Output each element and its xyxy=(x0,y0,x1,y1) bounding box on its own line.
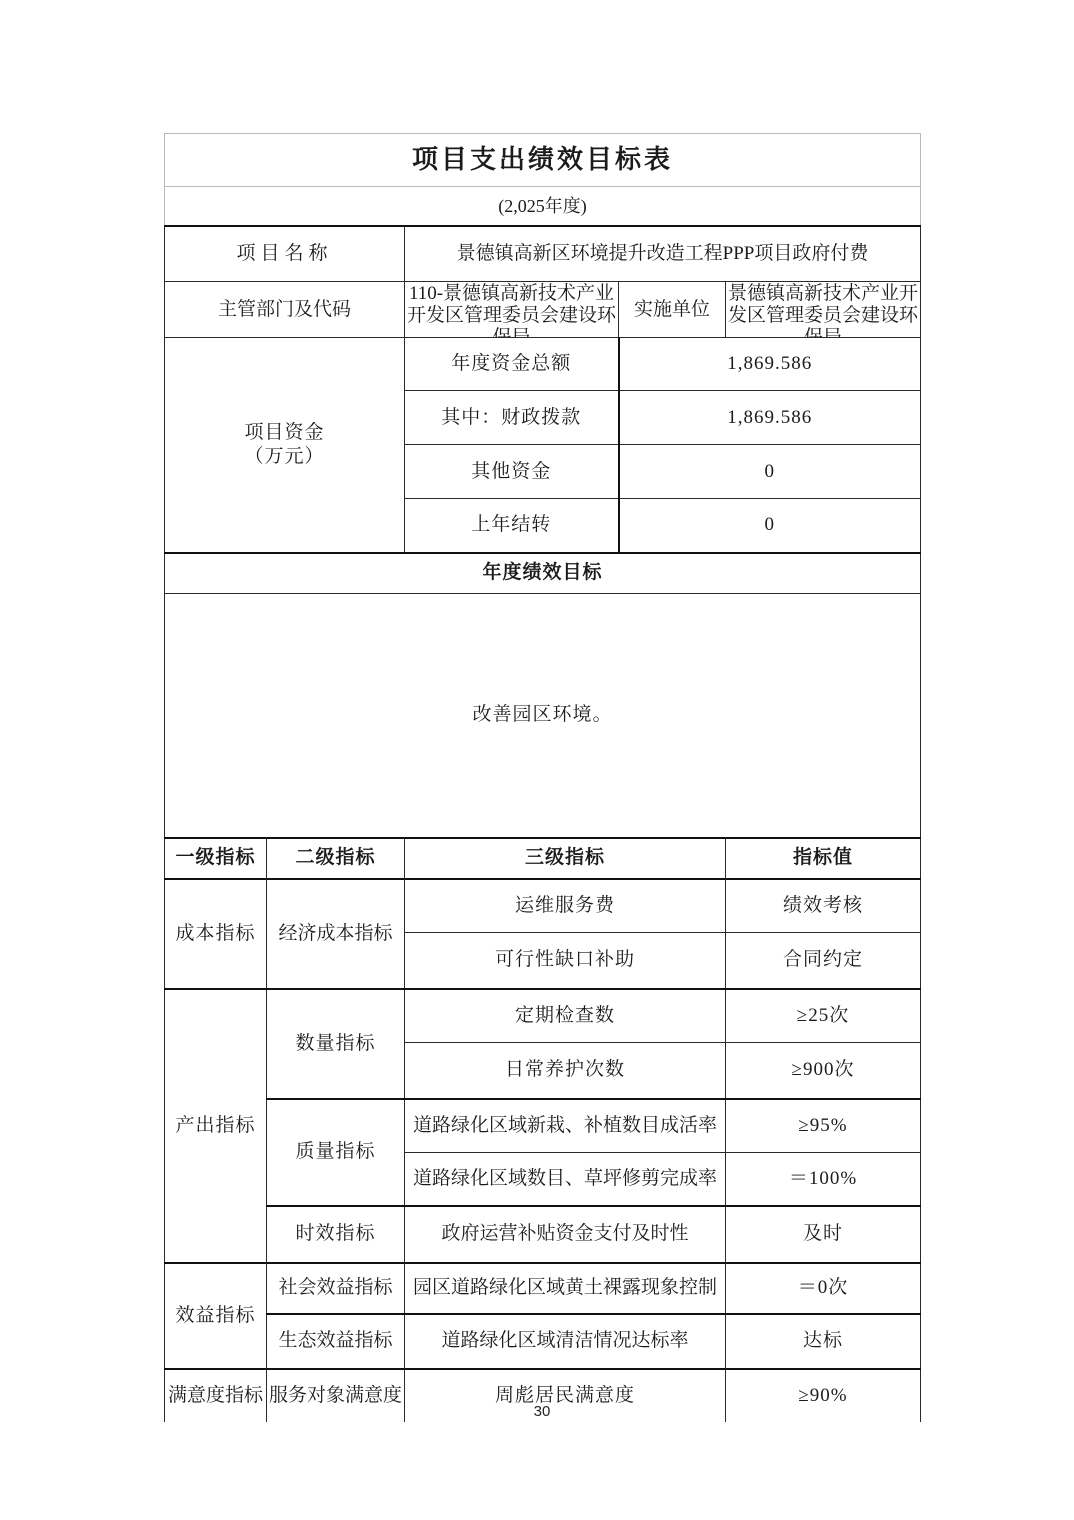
dept-code-value: 110-景德镇高新技术产业开发区管理委员会建设环保局 xyxy=(405,282,619,338)
annual-goal-text: 改善园区环境。 xyxy=(165,594,921,838)
indicator-value: 达标 xyxy=(726,1314,921,1369)
indicator-value: ＝100% xyxy=(726,1153,921,1206)
indicator-name: 日常养护次数 xyxy=(405,1043,726,1099)
indicator-value: ≥900次 xyxy=(726,1043,921,1099)
funding-row-value: 1,869.586 xyxy=(619,338,921,391)
header-level2: 二级指标 xyxy=(267,838,405,879)
header-level3: 三级指标 xyxy=(405,838,726,879)
funding-row: 项目资金 （万元） 年度资金总额 1,869.586 xyxy=(165,338,921,391)
page-subtitle: (2,025年度) xyxy=(165,187,921,226)
indicator-name: 道路绿化区域新栽、补植数目成活率 xyxy=(405,1099,726,1153)
funding-section-label: 项目资金 （万元） xyxy=(165,338,405,553)
funding-label-line2: （万元） xyxy=(167,445,402,469)
indicator-name: 园区道路绿化区域黄土裸露现象控制 xyxy=(405,1263,726,1314)
indicator-header-row: 一级指标 二级指标 三级指标 指标值 xyxy=(165,838,921,879)
project-name-row: 项目名称 景德镇高新区环境提升改造工程PPP项目政府付费 xyxy=(165,226,921,282)
indicator-value: ≥95% xyxy=(726,1099,921,1153)
indicator-value: ＝0次 xyxy=(726,1263,921,1314)
project-name-label: 项目名称 xyxy=(165,226,405,282)
performance-target-table: 项目支出绩效目标表 (2,025年度) 项目名称 景德镇高新区环境提升改造工程P… xyxy=(164,133,921,1422)
impl-unit-value: 景德镇高新技术产业开发区管理委员会建设环保局 xyxy=(726,282,921,338)
funding-row-label: 其中：财政拨款 xyxy=(405,391,619,445)
indicator-row: 成本指标 经济成本指标 运维服务费 绩效考核 xyxy=(165,879,921,933)
annual-goal-header-row: 年度绩效目标 xyxy=(165,553,921,594)
header-value: 指标值 xyxy=(726,838,921,879)
funding-row-label: 上年结转 xyxy=(405,499,619,553)
level2-economic-cost: 经济成本指标 xyxy=(267,879,405,989)
level2-quality: 质量指标 xyxy=(267,1099,405,1206)
indicator-name: 可行性缺口补助 xyxy=(405,933,726,989)
annual-goal-header: 年度绩效目标 xyxy=(165,553,921,594)
level1-cost: 成本指标 xyxy=(165,879,267,989)
indicator-row: 时效指标 政府运营补贴资金支付及时性 及时 xyxy=(165,1206,921,1263)
level2-timeliness: 时效指标 xyxy=(267,1206,405,1263)
funding-row-label: 年度资金总额 xyxy=(405,338,619,391)
project-name-value: 景德镇高新区环境提升改造工程PPP项目政府付费 xyxy=(405,226,921,282)
header-level1: 一级指标 xyxy=(165,838,267,879)
level1-benefit: 效益指标 xyxy=(165,1263,267,1369)
indicator-value: ≥25次 xyxy=(726,989,921,1043)
indicator-name: 道路绿化区域数目、草坪修剪完成率 xyxy=(405,1153,726,1206)
page-number: 30 xyxy=(164,1403,920,1425)
level2-eco-benefit: 生态效益指标 xyxy=(267,1314,405,1369)
table: 项目支出绩效目标表 (2,025年度) 项目名称 景德镇高新区环境提升改造工程P… xyxy=(164,133,921,1422)
indicator-row: 质量指标 道路绿化区域新栽、补植数目成活率 ≥95% xyxy=(165,1099,921,1153)
level2-quantity: 数量指标 xyxy=(267,989,405,1099)
funding-row-value: 1,869.586 xyxy=(619,391,921,445)
department-row: 主管部门及代码 110-景德镇高新技术产业开发区管理委员会建设环保局 实施单位 … xyxy=(165,282,921,338)
indicator-row: 产出指标 数量指标 定期检查数 ≥25次 xyxy=(165,989,921,1043)
indicator-name: 道路绿化区域清洁情况达标率 xyxy=(405,1314,726,1369)
annual-goal-row: 改善园区环境。 xyxy=(165,594,921,838)
level1-output: 产出指标 xyxy=(165,989,267,1263)
indicator-row: 生态效益指标 道路绿化区域清洁情况达标率 达标 xyxy=(165,1314,921,1369)
funding-row-value: 0 xyxy=(619,499,921,553)
indicator-value: 及时 xyxy=(726,1206,921,1263)
indicator-name: 定期检查数 xyxy=(405,989,726,1043)
indicator-name: 运维服务费 xyxy=(405,879,726,933)
subtitle-row: (2,025年度) xyxy=(165,187,921,226)
indicator-value: 绩效考核 xyxy=(726,879,921,933)
indicator-name: 政府运营补贴资金支付及时性 xyxy=(405,1206,726,1263)
title-row: 项目支出绩效目标表 xyxy=(165,134,921,187)
level2-social-benefit: 社会效益指标 xyxy=(267,1263,405,1314)
indicator-value: 合同约定 xyxy=(726,933,921,989)
dept-code-label: 主管部门及代码 xyxy=(165,282,405,338)
indicator-row: 效益指标 社会效益指标 园区道路绿化区域黄土裸露现象控制 ＝0次 xyxy=(165,1263,921,1314)
funding-row-label: 其他资金 xyxy=(405,445,619,499)
page-title: 项目支出绩效目标表 xyxy=(165,134,921,187)
impl-unit-label: 实施单位 xyxy=(619,282,726,338)
funding-row-value: 0 xyxy=(619,445,921,499)
document-page: { "doc": { "title": "项目支出绩效目标表", "subtit… xyxy=(0,0,1074,1520)
funding-label-line1: 项目资金 xyxy=(167,421,402,445)
